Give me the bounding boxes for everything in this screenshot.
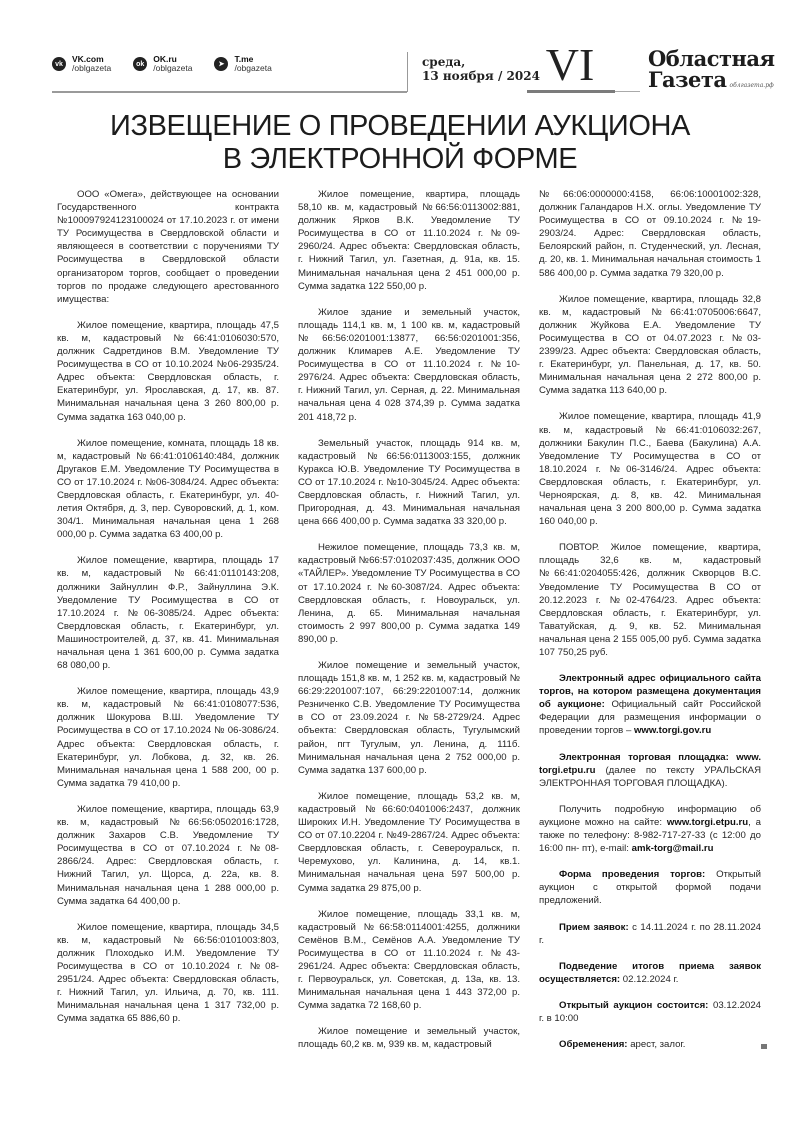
social-handle: /oblgazeta (153, 63, 192, 73)
telegram-icon: ➤ (214, 57, 228, 71)
official-site-link[interactable]: www.torgi.gov.ru (634, 725, 711, 736)
logo-line-2: Газета (648, 67, 727, 92)
auction-form-paragraph: Форма проведения торгов: Открытый аукцио… (539, 868, 761, 907)
lot-paragraph: Жилое помещение, квартира, площадь 58,10… (298, 188, 520, 293)
lot-paragraph: Жилое помещение, комната, площадь 18 кв.… (57, 437, 279, 542)
social-link-telegram[interactable]: ➤ T.me/obgazeta (214, 55, 271, 73)
end-mark-icon (761, 1044, 767, 1049)
lot-paragraph: Нежилое помещение, площадь 73,3 кв. м, к… (298, 541, 520, 646)
title-line-1: ИЗВЕЩЕНИЕ О ПРОВЕДЕНИИ АУКЦИОНА (0, 110, 800, 143)
column-right: №66:06:0000000:4158, 66:06:10001002:328,… (539, 188, 761, 1065)
lot-paragraph: Жилое здание и земельный участок, площад… (298, 306, 520, 424)
issue-date-value: 13 ноября / 2024 (422, 69, 540, 83)
lot-paragraph: Жилое помещение, квартира, площадь 43,9 … (57, 685, 279, 790)
social-links: vk VK.com/oblgazeta ok OK.ru/oblgazeta ➤… (52, 55, 272, 73)
column-middle: Жилое помещение, квартира, площадь 58,10… (298, 188, 520, 1065)
social-link-ok[interactable]: ok OK.ru/oblgazeta (133, 55, 192, 73)
logo-line-1: Областная (648, 48, 775, 69)
issue-day: среда, (422, 55, 540, 69)
social-handle: /oblgazeta (72, 63, 111, 73)
issue-date: среда, 13 ноября / 2024 (422, 55, 540, 83)
vk-icon: vk (52, 57, 66, 71)
header-vertical-divider (407, 52, 408, 92)
contact-email-link[interactable]: amk-torg@mail.ru (632, 843, 714, 854)
lot-paragraph: Земельный участок, площадь 914 кв. м, ка… (298, 437, 520, 529)
lot-paragraph: Жилое помещение, квартира, площадь 41,9 … (539, 410, 761, 528)
newspaper-logo: Областная Газетаоблгазета.рф (648, 48, 775, 96)
lot-paragraph-continued: №66:06:0000000:4158, 66:06:10001002:328,… (539, 188, 761, 280)
lot-paragraph: Жилое помещение, квартира, площадь 34,5 … (57, 921, 279, 1026)
title-line-2: В ЭЛЕКТРОННОЙ ФОРМЕ (0, 143, 800, 176)
contact-site-link[interactable]: www.torgi.etpu.ru (667, 817, 748, 828)
platform-paragraph: Электронная торговая площадка: www. torg… (539, 751, 761, 790)
contact-paragraph: Получить подробную информацию об аукцион… (539, 803, 761, 855)
intro-paragraph: ООО «Омега», действующее на основании Го… (57, 188, 279, 306)
ok-icon: ok (133, 57, 147, 71)
page-number: VI (525, 42, 615, 88)
logo-site: облгазета.рф (730, 82, 774, 89)
lot-paragraph: Жилое помещение, площадь 53,2 кв. м, кад… (298, 790, 520, 895)
lot-paragraph: Жилое помещение, квартира, площадь 32,8 … (539, 293, 761, 398)
applications-paragraph: Прием заявок: с 14.11.2024 г. по 28.11.2… (539, 921, 761, 947)
masthead: vk VK.com/oblgazeta ok OK.ru/oblgazeta ➤… (0, 0, 800, 105)
results-paragraph: Подведение итогов приема заявок осуществ… (539, 960, 761, 986)
page-number-underline (527, 90, 615, 93)
lot-paragraph: ПОВТОР. Жилое помещение, квартира, площа… (539, 541, 761, 659)
lot-paragraph: Жилое помещение, квартира, площадь 63,9 … (57, 803, 279, 908)
lot-paragraph: Жилое помещение, площадь 33,1 кв. м, кад… (298, 908, 520, 1013)
article-body: ООО «Омега», действующее на основании Го… (57, 188, 762, 1065)
lot-paragraph: Жилое помещение и земельный участок, пло… (298, 659, 520, 777)
social-handle: /obgazeta (234, 63, 271, 73)
official-site-paragraph: Электронный адрес официального сайта тор… (539, 672, 761, 737)
header-divider-right (615, 91, 640, 92)
social-link-vk[interactable]: vk VK.com/oblgazeta (52, 55, 111, 73)
page-title: ИЗВЕЩЕНИЕ О ПРОВЕДЕНИИ АУКЦИОНА В ЭЛЕКТР… (0, 110, 800, 176)
encumbrance-paragraph: Обременения: арест, залог. (539, 1038, 761, 1051)
lot-paragraph: Жилое помещение и земельный участок, пло… (298, 1025, 520, 1051)
auction-date-paragraph: Открытый аукцион состоится: 03.12.2024 г… (539, 999, 761, 1025)
lot-paragraph: Жилое помещение, квартира, площадь 17 кв… (57, 554, 279, 672)
header-divider (52, 91, 407, 93)
column-left: ООО «Омега», действующее на основании Го… (57, 188, 279, 1065)
platform-label: Электронная торговая площадка: (559, 752, 729, 763)
lot-paragraph: Жилое помещение, квартира, площадь 47,5 … (57, 319, 279, 424)
